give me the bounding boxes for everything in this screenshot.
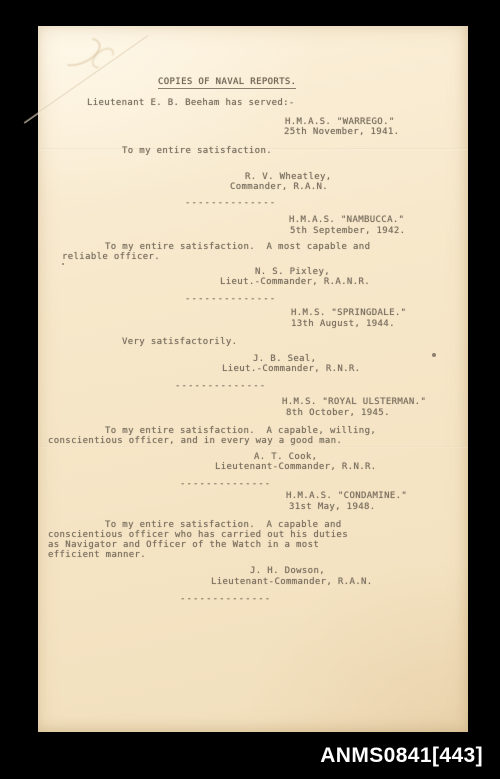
signatory-rank: Lieutenant-Commander, R.A.N.: [211, 577, 373, 587]
report-date: 13th August, 1944.: [291, 319, 395, 329]
ship-name: H.M.A.S. "WARREGO.": [285, 117, 395, 127]
intro-line: Lieutenant E. B. Beeham has served:-: [87, 98, 295, 108]
report-date: 8th October, 1945.: [286, 408, 390, 418]
ship-name: H.M.S. "ROYAL ULSTERMAN.": [282, 397, 426, 407]
section-divider: --------------: [185, 198, 276, 208]
scan-background: COPIES OF NAVAL REPORTS. Lieutenant E. B…: [0, 0, 500, 779]
ship-name: H.M.A.S. "CONDAMINE.": [286, 491, 407, 501]
remark-line: as Navigator and Officer of the Watch in…: [48, 540, 319, 550]
fold-crease-horizontal: [38, 446, 468, 448]
section-divider: --------------: [180, 479, 271, 489]
signatory-name: R. V. Wheatley,: [245, 172, 332, 182]
report-date: 31st May, 1948.: [289, 502, 376, 512]
signatory-rank: Lieutenant-Commander, R.N.R.: [215, 462, 377, 472]
document-page: COPIES OF NAVAL REPORTS. Lieutenant E. B…: [38, 26, 468, 732]
remark-line: To my entire satisfaction.: [122, 146, 272, 156]
ink-speck: [62, 263, 64, 265]
page-title: COPIES OF NAVAL REPORTS.: [158, 77, 296, 89]
remark-line: To my entire satisfaction. A capable and: [105, 520, 342, 530]
remark-line: Very satisfactorily.: [122, 337, 237, 347]
remark-line: To my entire satisfaction. A most capabl…: [105, 242, 370, 252]
image-caption: ANMS0841[443]: [320, 744, 483, 768]
section-divider: --------------: [175, 381, 266, 391]
ink-speck: [432, 353, 436, 357]
remark-line: reliable officer.: [62, 252, 160, 262]
signatory-rank: Lieut.-Commander, R.N.R.: [222, 364, 360, 374]
remark-line: To my entire satisfaction. A capable, wi…: [105, 426, 376, 436]
section-divider: --------------: [180, 594, 271, 604]
ship-name: H.M.A.S. "NAMBUCCA.": [289, 215, 404, 225]
signatory-name: A. T. Cook,: [254, 452, 317, 462]
report-date: 5th September, 1942.: [290, 226, 405, 236]
remark-line: conscientious officer, and in every way …: [48, 436, 342, 446]
remark-line: conscientious officer who has carried ou…: [48, 530, 348, 540]
signatory-rank: Commander, R.A.N.: [230, 182, 328, 192]
ship-name: H.M.S. "SPRINGDALE.": [291, 308, 406, 318]
signatory-rank: Lieut.-Commander, R.A.N.R.: [220, 277, 370, 287]
report-date: 25th November, 1941.: [284, 127, 399, 137]
signatory-name: N. S. Pixley,: [255, 267, 330, 277]
section-divider: --------------: [185, 294, 276, 304]
remark-line: efficient manner.: [48, 550, 146, 560]
signatory-name: J. B. Seal,: [253, 354, 316, 364]
signatory-name: J. H. Dowson,: [250, 566, 325, 576]
